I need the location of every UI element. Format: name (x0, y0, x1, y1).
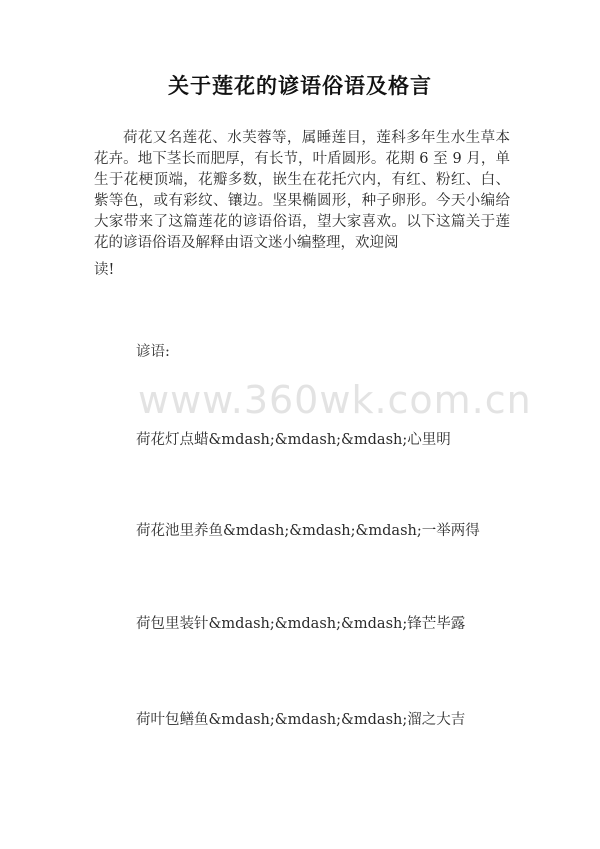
proverb-item: 荷叶包鳝鱼&mdash;&mdash;&mdash;溜之大吉 (136, 708, 465, 729)
intro-paragraph: 荷花又名莲花、水芙蓉等，属睡莲目，莲科多年生水生草本花卉。地下茎长而肥厚，有长节… (94, 128, 510, 281)
proverb-item: 荷花灯点蜡&mdash;&mdash;&mdash;心里明 (136, 428, 451, 449)
watermark: www.360wk.com.cn (138, 378, 532, 422)
document-title: 关于莲花的谚语俗语及格言 (0, 70, 600, 100)
proverb-item: 荷包里装针&mdash;&mdash;&mdash;锋芒毕露 (136, 612, 465, 633)
intro-text: 荷花又名莲花、水芙蓉等，属睡莲目，莲科多年生水生草本花卉。地下茎长而肥厚，有长节… (94, 128, 510, 254)
intro-text-end: 读! (94, 260, 510, 281)
section-heading: 谚语: (136, 340, 170, 361)
proverb-item: 荷花池里养鱼&mdash;&mdash;&mdash;一举两得 (136, 519, 480, 540)
